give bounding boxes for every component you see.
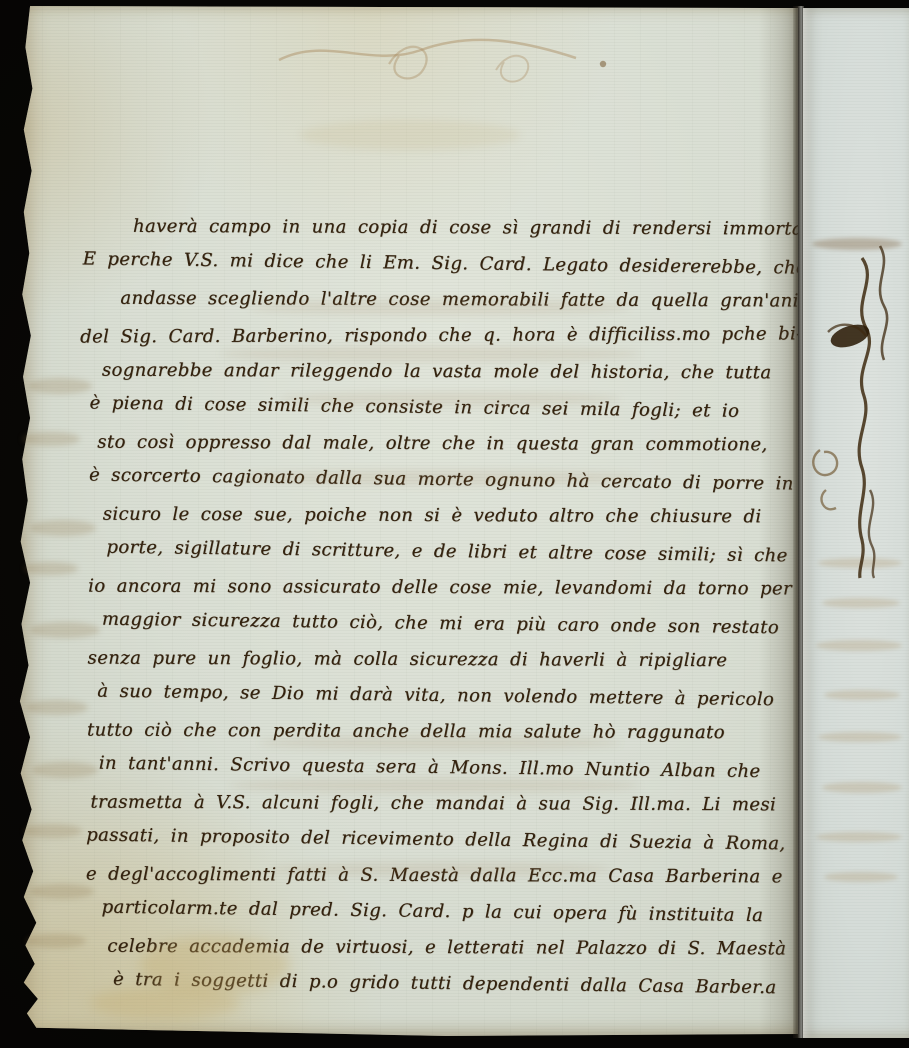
manuscript-line: io ancora mi sono assicurato delle cose … <box>88 569 794 608</box>
manuscript-line: e degl'accoglimenti fatti à S. Maestà da… <box>86 857 792 896</box>
manuscript-photo: haverà campo in una copia di cose sì gra… <box>0 0 909 1048</box>
manuscript-line: E perche V.S. mi dice che li Em. Sig. Ca… <box>82 241 796 286</box>
manuscript-line: maggior sicurezza tutto ciò, che mi era … <box>102 602 794 647</box>
manuscript-line: sto così oppresso dal male, oltre che in… <box>97 425 795 464</box>
manuscript-line: à suo tempo, se Dio mi darà vita, non vo… <box>97 674 793 719</box>
manuscript-line: andasse scegliendo l'altre cose memorabi… <box>120 281 796 320</box>
manuscript-page: haverà campo in una copia di cose sì gra… <box>16 6 798 1036</box>
manuscript-line: passati, in proposito del ricevimento de… <box>86 817 792 862</box>
manuscript-line: tutto ciò che con perdita anche della mi… <box>87 713 793 752</box>
manuscript-line: senza pure un foglio, mà colla sicurezza… <box>88 641 794 680</box>
manuscript-line: porte, sigillature di scritture, e de li… <box>106 530 794 575</box>
manuscript-line: del Sig. Card. Barberino, rispondo che q… <box>80 316 796 355</box>
manuscript-line: particolarm.te dal pred. Sig. Card. p la… <box>101 890 791 935</box>
manuscript-line: è tra i soggetti di p.o grido tutti depe… <box>113 962 791 1007</box>
letter-body: haverà campo in una copia di cose sì gra… <box>85 207 797 1005</box>
bleedthrough-flourish-icon <box>271 18 621 93</box>
manuscript-line: è piena di cose simili che consiste in c… <box>89 386 795 431</box>
manuscript-line: sicuro le cose sue, poiche non si è vedu… <box>103 497 795 536</box>
manuscript-line: celebre accademia de virtuosi, e lettera… <box>107 929 791 968</box>
manuscript-line: trasmetta à V.S. alcuni fogli, che manda… <box>90 785 792 824</box>
manuscript-line: è scorcerto cagionato dalla sua morte og… <box>89 458 795 503</box>
vertical-scrawl-marks <box>800 240 909 580</box>
manuscript-line: haverà campo in una copia di cose sì gra… <box>133 209 797 248</box>
manuscript-line: sognarebbe andar rileggendo la vasta mol… <box>102 353 796 392</box>
manuscript-line: in tant'anni. Scrivo questa sera à Mons.… <box>99 746 793 791</box>
